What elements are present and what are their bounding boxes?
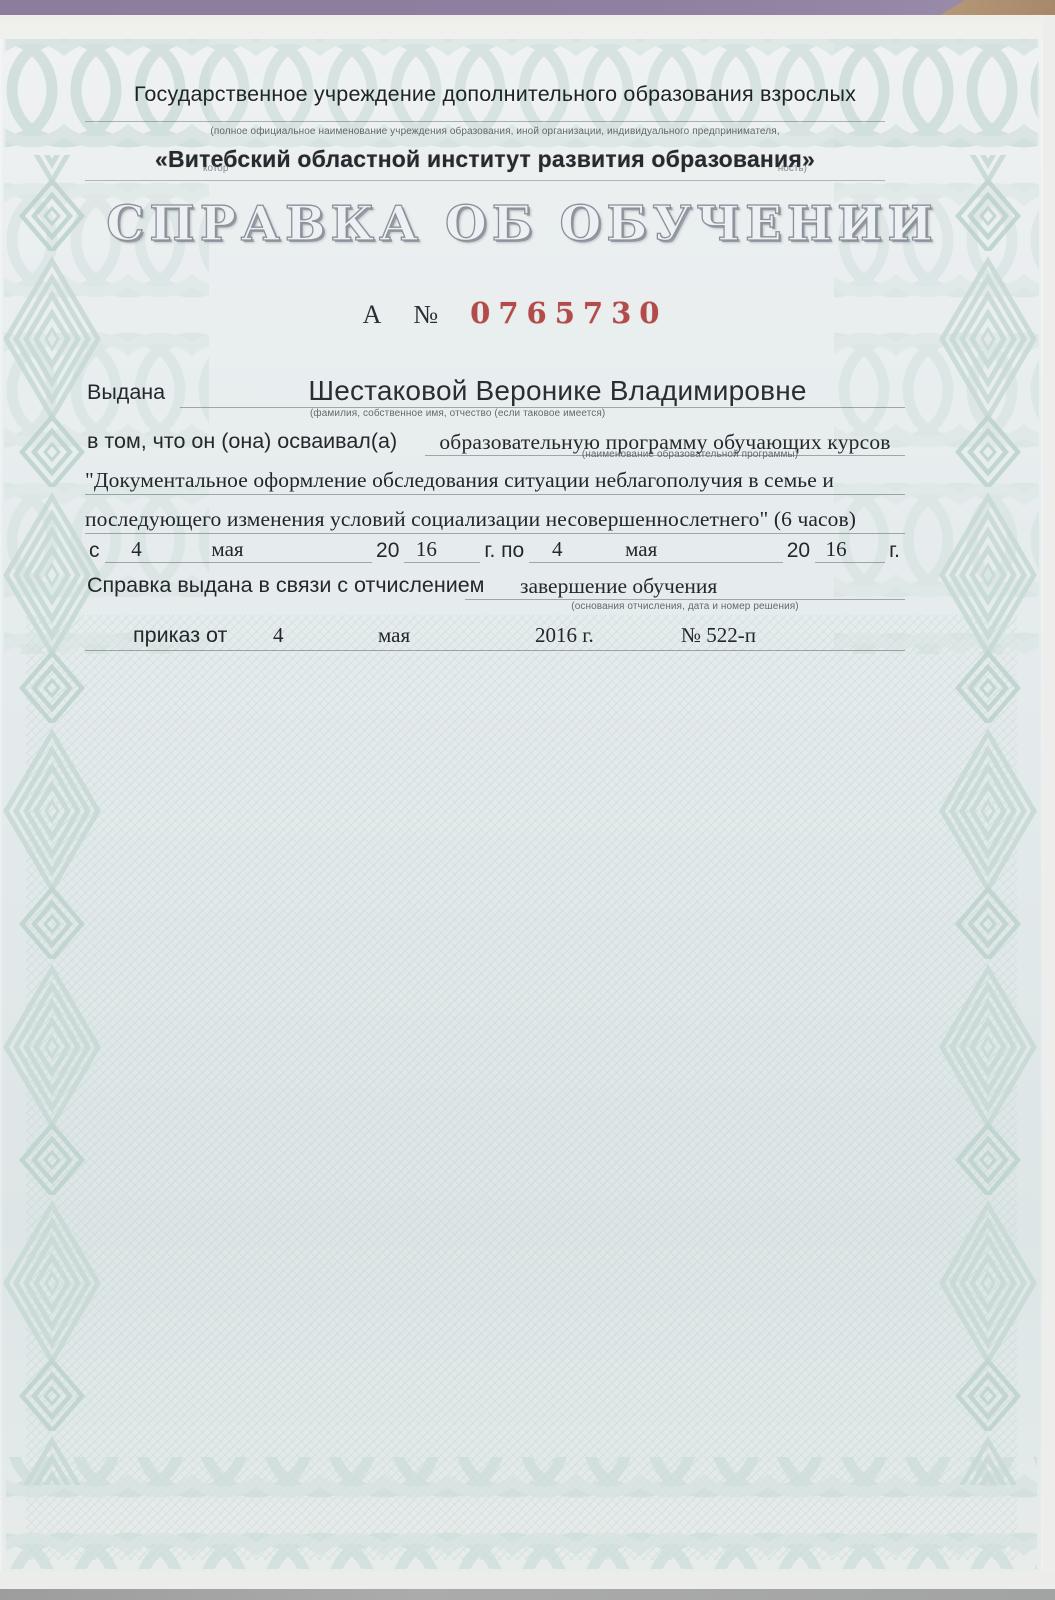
study-period-row: с 4 мая 20 16 г. по 4 мая 20 16 г.: [85, 531, 905, 563]
from-day-blank: 4: [105, 530, 169, 563]
mastered-label: в том, что он (она) осваивал(а): [87, 429, 397, 454]
dismissal-reason-blank: завершение обучения: [465, 569, 905, 600]
institution-row: котор «Витебский областной институт разв…: [85, 146, 885, 181]
dismissal-reason: завершение обучения: [465, 574, 717, 599]
from-spacer-blank: [287, 530, 373, 563]
program-name-line-1: "Документальное оформление обследования …: [85, 460, 905, 495]
order-row: приказ от 4 мая 2016 г. № 522-п: [85, 618, 905, 651]
name-blank: Шестаковой Веронике Владимировне: [180, 369, 905, 408]
org-type-note: (полное официальное наименование учрежде…: [85, 126, 905, 138]
to-day-blank: 4: [529, 530, 585, 563]
certificate-title: СПРАВКА ОБ ОБУЧЕНИИ: [22, 196, 1022, 252]
certificate-photo: Государственное учреждение дополнительно…: [0, 0, 1055, 1600]
year-suffix: г.: [885, 539, 905, 563]
from-tail-blank: [448, 530, 480, 563]
order-number: № 522-п: [681, 623, 756, 648]
program-name-text-1: "Документальное оформление обследования …: [85, 468, 834, 494]
issued-row: Выдана Шестаковой Веронике Владимировне: [85, 370, 905, 408]
reg-text-fragment-right: ность): [778, 163, 807, 174]
backdrop-strip-top: [0, 0, 1055, 15]
from-year-blank: 16: [404, 530, 448, 563]
program-kind-note: (наименование образовательной программы): [470, 449, 910, 461]
from-century: 20: [372, 539, 404, 563]
name-note: (фамилия, собственное имя, отчество (есл…: [310, 408, 605, 420]
reg-text-fragment-left: котор: [203, 163, 228, 174]
to-tail-blank: [857, 530, 885, 563]
serial-row: А № 0765730: [85, 296, 945, 330]
to-year-blank: 16: [815, 530, 857, 563]
backdrop-strip-bottom: [0, 1589, 1055, 1600]
header-rule: [85, 121, 885, 122]
recipient-name: Шестаковой Веронике Владимировне: [278, 375, 806, 407]
issued-label: Выдана: [87, 380, 165, 405]
between-label: г. по: [480, 539, 529, 563]
order-year: 2016 г.: [535, 623, 594, 648]
to-century: 20: [783, 539, 815, 563]
from-month-blank: мая: [169, 530, 287, 563]
from-label: с: [85, 539, 105, 563]
to-spacer-blank: [697, 530, 783, 563]
paper-right-margin: [1043, 15, 1055, 1572]
paper-bottom-margin: [0, 1572, 1055, 1589]
serial-series: А: [363, 300, 382, 330]
order-day: 4: [273, 623, 284, 648]
order-month: мая: [378, 623, 410, 648]
institution-name: «Витебский областной институт развития о…: [155, 146, 815, 172]
program-name-line-2: последующего изменения условий социализа…: [85, 499, 905, 534]
dismissal-note: (основания отчисления, дата и номер реше…: [465, 601, 905, 613]
dismissal-label: Справка выдана в связи с отчислением: [87, 573, 484, 598]
to-month-blank: мая: [585, 530, 697, 563]
serial-number: 0765730: [470, 296, 667, 330]
dismissal-row: Справка выдана в связи с отчислением зав…: [85, 570, 905, 600]
order-label: приказ от: [133, 623, 227, 648]
numero-sign: №: [413, 300, 438, 330]
org-type-line: Государственное учреждение дополнительно…: [85, 82, 905, 107]
